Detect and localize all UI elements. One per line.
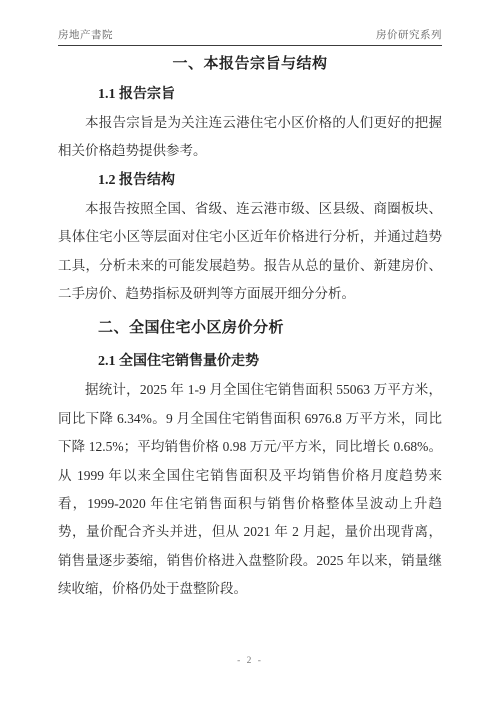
heading-2-1: 2.1 全国住宅销售量价走势 [98,353,442,371]
header-left-text: 房地产書院 [58,30,113,42]
section-1-title: 一、本报告宗旨与结构 [58,53,442,75]
header-right-text: 房价研究系列 [376,30,442,42]
page-number: - 2 - [237,656,263,666]
page-content: 房地产書院 房价研究系列 一、本报告宗旨与结构 1.1 报告宗旨 本报告宗旨是为… [58,0,442,604]
document-page: 房地产書院 房价研究系列 一、本报告宗旨与结构 1.1 报告宗旨 本报告宗旨是为… [0,0,500,707]
section-2-title: 二、全国住宅小区房价分析 [98,318,442,338]
heading-1-1: 1.1 报告宗旨 [98,86,442,104]
paragraph-report-structure: 本报告按照全国、省级、连云港市级、区县级、商圈板块、具体住宅小区等层面对住宅小区… [58,195,442,309]
page-footer: - 2 - [0,656,500,666]
page-header: 房地产書院 房价研究系列 [58,0,442,42]
heading-1-2: 1.2 报告结构 [98,172,442,190]
paragraph-report-purpose: 本报告宗旨是为关注连云港住宅小区价格的人们更好的把握相关价格趋势提供参考。 [58,109,442,166]
paragraph-national-sales-trend: 据统计，2025 年 1-9 月全国住宅销售面积 55063 万平方米，同比下降… [58,376,442,603]
header-rule [58,45,442,46]
